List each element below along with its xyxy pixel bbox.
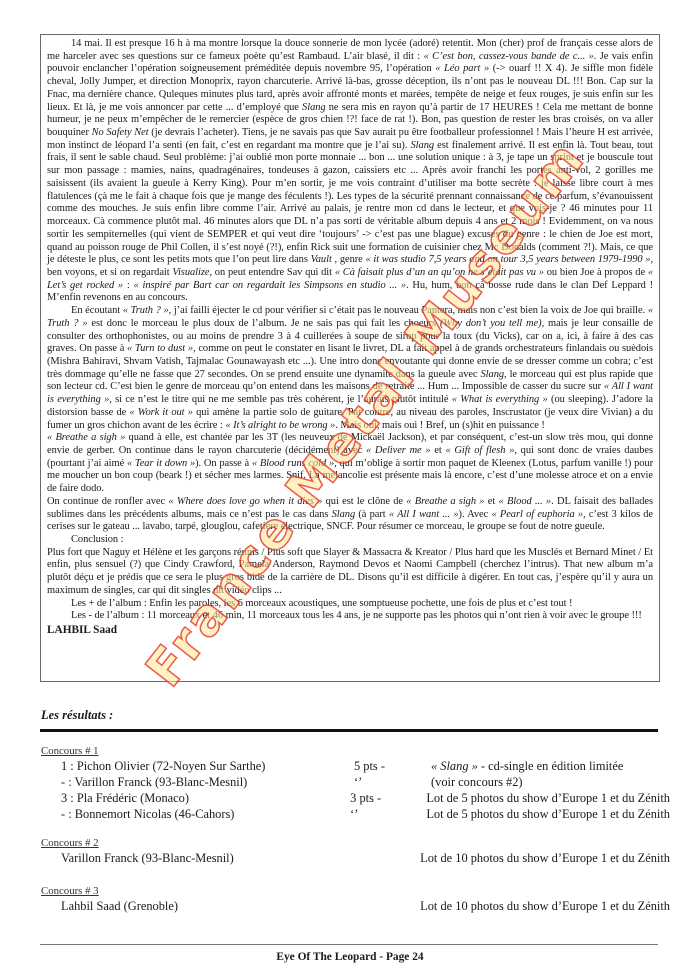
quoted-title: « inspiré par Bart car on regardait les … (134, 280, 407, 291)
result-row: Lahbil Saad (Grenoble)Lot de 10 photos d… (40, 899, 670, 915)
quoted-title: « Truth ? » (123, 305, 169, 316)
review-text: 14 mai. Il est presque 16 h à ma montre … (47, 38, 653, 623)
quoted-title: « It’s alright to be wrong » (225, 420, 335, 431)
quoted-title: No Safety Net (92, 127, 149, 138)
quoted-title: « Deliver me » (366, 445, 431, 456)
review-paragraph: 14 mai. Il est presque 16 h à ma montre … (47, 38, 653, 305)
review-paragraph: Les + de l’album : Enfin les paroles, le… (47, 598, 653, 611)
review-paragraph: On continue de ronfler avec « Where does… (47, 496, 653, 534)
contest-1: Concours # 11 : Pichon Olivier (72-Noyen… (40, 745, 670, 822)
signature-surname: LAHBIL (47, 624, 90, 636)
quoted-title: (Why don’t you tell me) (440, 318, 542, 329)
result-row: - : Bonnemort Nicolas (46-Cahors)‘’Lot d… (40, 806, 670, 822)
quoted-title: Slang (481, 369, 505, 380)
quoted-title: « What is everything » (452, 394, 548, 405)
result-row: - : Varillon Franck (93-Blanc-Mesnil)‘’(… (40, 775, 670, 791)
review-paragraph: En écoutant « Truth ? », j’ai failli éje… (47, 305, 653, 432)
quoted-title: « All I want ... » (389, 509, 459, 520)
results-divider (40, 729, 658, 732)
quoted-title: « Tear it down » (127, 458, 195, 469)
quoted-title: « Gift of flesh » (446, 445, 515, 456)
winner-name: Lahbil Saad (Grenoble) (40, 899, 420, 914)
winner-name: 1 : Pichon Olivier (72-Noyen Sur Sarthe) (40, 759, 298, 774)
winner-prize: Lot de 10 photos du show d’Europe 1 et d… (420, 899, 670, 914)
quoted-title: Vault (311, 254, 332, 265)
winner-name: 3 : Pla Frédéric (Monaco) (40, 791, 294, 806)
quoted-title: Slang (411, 140, 435, 151)
result-row: Varillon Franck (93-Blanc-Mesnil)Lot de … (40, 851, 670, 867)
contest-title: Concours # 2 (41, 837, 670, 849)
winner-points: 3 pts - (294, 791, 399, 806)
footer-divider (40, 944, 658, 945)
quoted-title: « Work it out » (129, 407, 193, 418)
winner-points: 5 pts - (298, 759, 404, 774)
contest-title: Concours # 1 (41, 745, 670, 757)
contest-3: Concours # 3Lahbil Saad (Grenoble)Lot de… (40, 885, 670, 915)
contest-title: Concours # 3 (41, 885, 670, 897)
quoted-title: « Slang » (431, 759, 478, 773)
quoted-title: « Cà faisait plus d’un an qu’on ne s’éta… (335, 267, 544, 278)
review-paragraph: Les - de l’album : 11 morceaux et 46 min… (47, 610, 653, 623)
review-paragraph: Plus fort que Naguy et Hélène et les gar… (47, 547, 653, 598)
quoted-title: « Blood runs cold » (252, 458, 334, 469)
winner-name: - : Varillon Franck (93-Blanc-Mesnil) (40, 775, 298, 790)
quoted-title: « Léo part » (435, 63, 489, 74)
winner-points: ‘’ (298, 775, 404, 790)
quoted-title: « C’est bon, cassez-vous bande de c... » (424, 51, 594, 62)
quoted-title: « Where does love go when it dies » (168, 496, 322, 507)
results-heading: Les résultats : (41, 708, 113, 723)
winner-prize: « Slang » - cd-single en édition limitée (404, 759, 623, 774)
result-row: 3 : Pla Frédéric (Monaco)3 pts -Lot de 5… (40, 791, 670, 807)
review-paragraph: Conclusion : (47, 534, 653, 547)
review-paragraph: « Breathe a sigh » quand à elle, est cha… (47, 432, 653, 496)
winner-prize: Lot de 10 photos du show d’Europe 1 et d… (420, 851, 670, 866)
winner-name: Varillon Franck (93-Blanc-Mesnil) (40, 851, 420, 866)
quoted-title: « Pearl of euphoria » (491, 509, 583, 520)
winner-prize: Lot de 5 photos du show d’Europe 1 et du… (399, 807, 670, 822)
winner-points: ‘’ (294, 807, 399, 822)
quoted-title: « Blood ... » (499, 496, 552, 507)
page-footer: Eye Of The Leopard - Page 24 (0, 951, 700, 963)
quoted-title: Slang (332, 509, 356, 520)
signature-given-name: Saad (93, 624, 117, 636)
review-box: 14 mai. Il est presque 16 h à ma montre … (40, 34, 660, 682)
winner-name: - : Bonnemort Nicolas (46-Cahors) (40, 807, 294, 822)
quoted-title: Slang (302, 102, 326, 113)
result-row: 1 : Pichon Olivier (72-Noyen Sur Sarthe)… (40, 759, 670, 775)
quoted-title: « Breathe a sigh » (47, 432, 125, 443)
review-signature: LAHBIL Saad (47, 623, 653, 637)
quoted-title: Visualize (172, 267, 209, 278)
winner-prize: Lot de 5 photos du show d’Europe 1 et du… (399, 791, 670, 806)
quoted-title: « Turn to dust » (127, 343, 193, 354)
contest-2: Concours # 2Varillon Franck (93-Blanc-Me… (40, 837, 670, 867)
quoted-title: « it was studio 7,5 years and on tour 3,… (365, 254, 650, 265)
quoted-title: « Breathe a sigh » (406, 496, 484, 507)
winner-prize: (voir concours #2) (404, 775, 523, 790)
